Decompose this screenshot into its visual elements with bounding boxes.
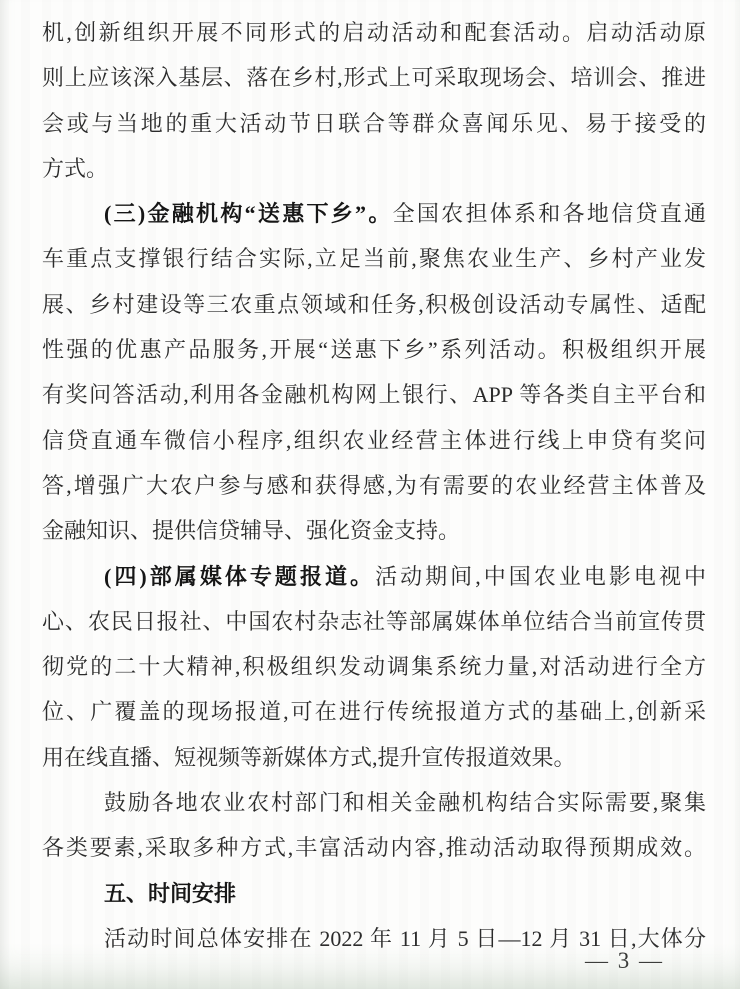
line-text: 答,增强广大农户参与感和获得感,为有需要的农业经营主体普及 — [42, 473, 706, 498]
line-text: 用在线直播、短视频等新媒体方式,提升宣传报道效果。 — [42, 745, 576, 770]
page-number: — 3 — — [585, 946, 664, 976]
text-line: 车重点支撑银行结合实际,立足当前,聚焦农业生产、乡村产业发 — [42, 236, 706, 281]
text-line: 位、广覆盖的现场报道,可在进行传统报道方式的基础上,创新采 — [42, 689, 706, 734]
line-text: 各类要素,采取多种方式,丰富活动内容,推动活动取得预期成效。 — [42, 835, 706, 860]
line-text: 信贷直通车微信小程序,组织农业经营主体进行线上申贷有奖问 — [42, 428, 706, 453]
text-line: 信贷直通车微信小程序,组织农业经营主体进行线上申贷有奖问 — [42, 418, 706, 463]
text-line: 彻党的二十大精神,积极组织发动调集系统力量,对活动进行全方 — [42, 644, 706, 689]
line-text: 性强的优惠产品服务,开展“送惠下乡”系列活动。积极组织开展 — [42, 337, 706, 362]
text-line: 用在线直播、短视频等新媒体方式,提升宣传报道效果。 — [42, 735, 706, 780]
text-line: 五、时间安排 — [42, 871, 706, 916]
document-page: 机,创新组织开展不同形式的启动活动和配套活动。启动活动原 则上应该深入基层、落在… — [0, 0, 740, 989]
line-text: 位、广覆盖的现场报道,可在进行传统报道方式的基础上,创新采 — [42, 699, 706, 724]
line-text: 心、农民日报社、中国农村杂志社等部属媒体单位结合当前宣传贯 — [42, 609, 706, 634]
line-text: 鼓励各地农业农村部门和相关金融机构结合实际需要,聚集 — [104, 790, 706, 815]
document-text: 机,创新组织开展不同形式的启动活动和配套活动。启动活动原 则上应该深入基层、落在… — [42, 10, 706, 961]
text-line: 性强的优惠产品服务,开展“送惠下乡”系列活动。积极组织开展 — [42, 327, 706, 372]
section-heading-5: 五、时间安排 — [104, 881, 236, 906]
text-line: 会或与当地的重大活动节日联合等群众喜闻乐见、易于接受的 — [42, 101, 706, 146]
text-line: 方式。 — [42, 146, 706, 191]
text-line: 金融知识、提供信贷辅导、强化资金支持。 — [42, 508, 706, 553]
text-line: 答,增强广大农户参与感和获得感,为有需要的农业经营主体普及 — [42, 463, 706, 508]
line-text: 车重点支撑银行结合实际,立足当前,聚焦农业生产、乡村产业发 — [42, 246, 706, 271]
section-heading-4: (四)部属媒体专题报道。 — [104, 564, 375, 589]
line-text: 有奖问答活动,利用各金融机构网上银行、APP 等各类自主平台和 — [42, 382, 706, 407]
text-line: 展、乡村建设等三农重点领域和任务,积极创设活动专属性、适配 — [42, 282, 706, 327]
line-text: 金融知识、提供信贷辅导、强化资金支持。 — [42, 518, 460, 543]
line-text: 全国农担体系和各地信贷直通 — [393, 201, 706, 226]
text-line: 有奖问答活动,利用各金融机构网上银行、APP 等各类自主平台和 — [42, 372, 706, 417]
line-text: 活动期间,中国农业电影电视中 — [375, 564, 706, 589]
line-text: 会或与当地的重大活动节日联合等群众喜闻乐见、易于接受的 — [42, 111, 706, 136]
section-heading-3: (三)金融机构“送惠下乡”。 — [104, 201, 393, 226]
text-line: 机,创新组织开展不同形式的启动活动和配套活动。启动活动原 — [42, 10, 706, 55]
text-line: (四)部属媒体专题报道。活动期间,中国农业电影电视中 — [42, 554, 706, 599]
line-text: 展、乡村建设等三农重点领域和任务,积极创设活动专属性、适配 — [42, 292, 706, 317]
line-text: 机,创新组织开展不同形式的启动活动和配套活动。启动活动原 — [42, 20, 706, 45]
text-line: 各类要素,采取多种方式,丰富活动内容,推动活动取得预期成效。 — [42, 825, 706, 870]
text-line: 鼓励各地农业农村部门和相关金融机构结合实际需要,聚集 — [42, 780, 706, 825]
line-text: 则上应该深入基层、落在乡村,形式上可采取现场会、培训会、推进 — [42, 65, 706, 90]
line-text: 彻党的二十大精神,积极组织发动调集系统力量,对活动进行全方 — [42, 654, 706, 679]
text-line: (三)金融机构“送惠下乡”。全国农担体系和各地信贷直通 — [42, 191, 706, 236]
line-text: 方式。 — [42, 156, 108, 181]
text-line: 则上应该深入基层、落在乡村,形式上可采取现场会、培训会、推进 — [42, 55, 706, 100]
text-line: 心、农民日报社、中国农村杂志社等部属媒体单位结合当前宣传贯 — [42, 599, 706, 644]
